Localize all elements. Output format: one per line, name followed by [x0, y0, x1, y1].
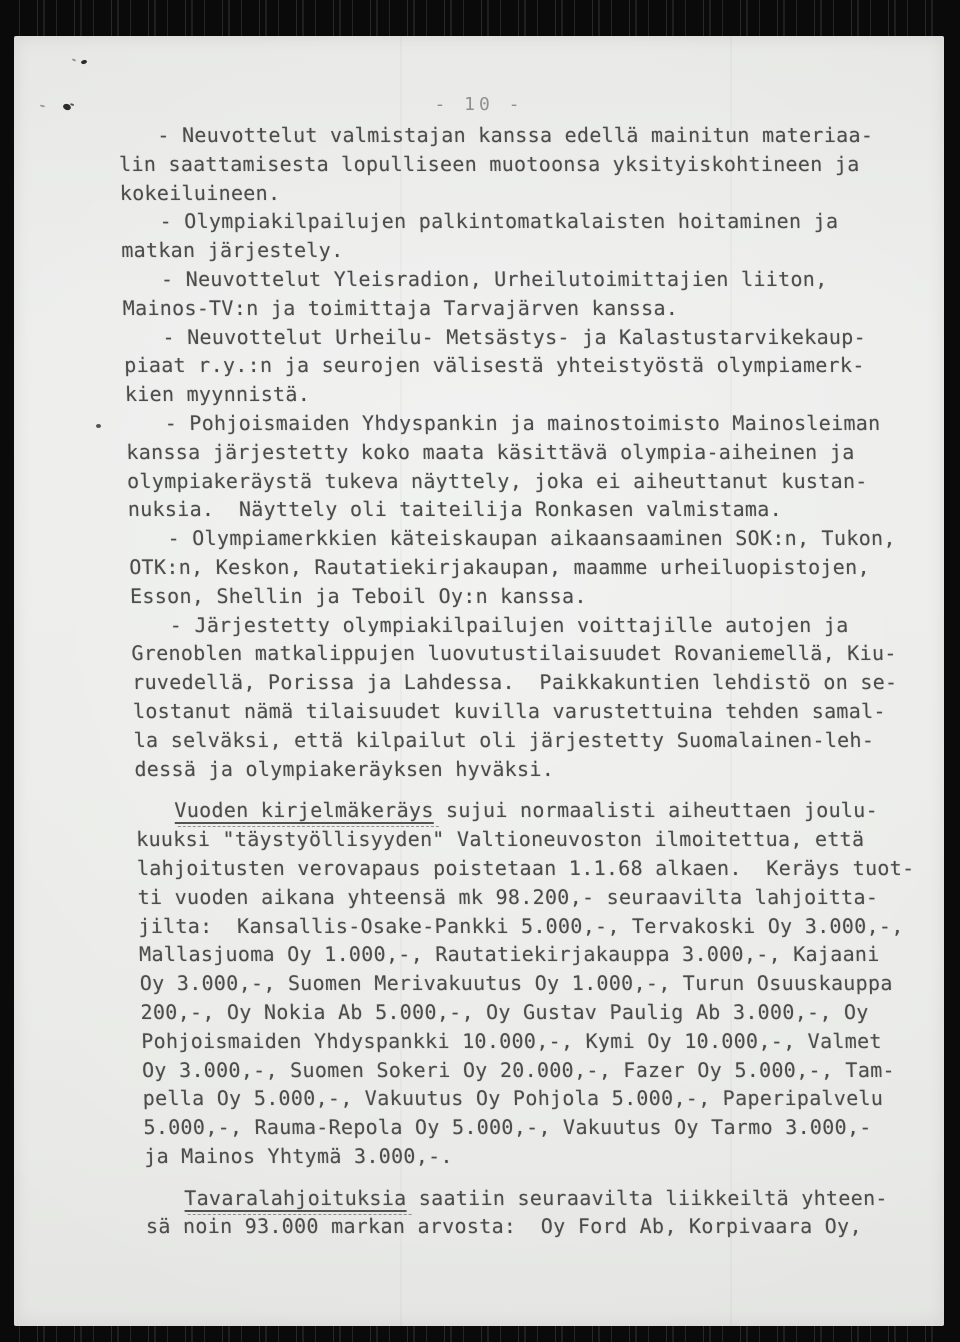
- scan-border-right: [944, 0, 960, 1342]
- paragraph: - Järjestetty olympiakilpailujen voittaj…: [130, 611, 912, 784]
- paragraph: Tavaralahjoituksia saatiin seuraavilta l…: [145, 1184, 924, 1242]
- text-line: - Neuvottelut valmistajan kanssa edellä …: [118, 121, 896, 150]
- document-text: - Neuvottelut valmistajan kanssa edellä …: [118, 121, 924, 1241]
- text-line: ja Mainos Yhtymä 3.000,-.: [144, 1142, 922, 1171]
- text-line: - Neuvottelut Urheilu- Metsästys- ja Kal…: [123, 323, 901, 352]
- text-line: lin saattamisesta lopulliseen muotoonsa …: [119, 150, 897, 179]
- paper: - 10 - - Neuvottelut valmistajan kanssa …: [14, 36, 944, 1326]
- text-line: Grenoblen matkalippujen luovutustilaisuu…: [131, 639, 909, 668]
- text-line: - Neuvottelut Yleisradion, Urheilutoimit…: [122, 265, 900, 294]
- paragraph: - Neuvottelut Urheilu- Metsästys- ja Kal…: [123, 323, 903, 409]
- text-line: kanssa järjestetty koko maata käsittävä …: [126, 438, 904, 467]
- paragraph: Vuoden kirjelmäkeräys sujui normaalisti …: [135, 796, 922, 1170]
- scanned-page: - 10 - - Neuvottelut valmistajan kanssa …: [0, 0, 960, 1342]
- text-line: OTK:n, Keskon, Rautatiekirjakaupan, maam…: [129, 553, 907, 582]
- text-line: - Pohjoismaiden Yhdyspankin ja mainostoi…: [125, 409, 903, 438]
- ink-speck: [96, 424, 101, 428]
- text-line: matkan järjestely.: [121, 236, 899, 265]
- text-line: la selväksi, että kilpailut oli järjeste…: [133, 726, 911, 755]
- scan-border-bottom: [0, 1326, 960, 1342]
- text-line: Oy 3.000,-, Suomen Merivakuutus Oy 1.000…: [139, 969, 917, 998]
- text-line: Mallasjuoma Oy 1.000,-, Rautatiekirjakau…: [139, 940, 917, 969]
- text-line: kien myynnistä.: [125, 380, 903, 409]
- text-line: Esson, Shellin ja Teboil Oy:n kanssa.: [130, 582, 908, 611]
- text-line: Pohjoismaiden Yhdyspankki 10.000,-, Kymi…: [141, 1027, 919, 1056]
- text-line: nuksia. Näyttely oli taiteilija Ronkasen…: [127, 495, 905, 524]
- text-line: sä noin 93.000 markan arvosta: Oy Ford A…: [146, 1212, 924, 1241]
- underlined-heading: Tavaralahjoituksia: [184, 1186, 407, 1212]
- page-number: - 10 -: [14, 94, 944, 115]
- underlined-heading: Vuoden kirjelmäkeräys: [174, 798, 434, 824]
- text-line: ruvedellä, Porissa ja Lahdessa. Paikkaku…: [132, 668, 910, 697]
- text-line: pella Oy 5.000,-, Vakuutus Oy Pohjola 5.…: [142, 1084, 920, 1113]
- text-line: - Olympiamerkkien käteiskaupan aikaansaa…: [128, 524, 906, 553]
- scan-border-top: [0, 0, 960, 36]
- text-line: Oy 3.000,-, Suomen Sokeri Oy 20.000,-, F…: [142, 1056, 920, 1085]
- paragraph: - Pohjoismaiden Yhdyspankin ja mainostoi…: [125, 409, 905, 524]
- text-line: lahjoitusten verovapaus poistetaan 1.1.6…: [137, 854, 915, 883]
- text-line: 5.000,-, Rauma-Repola Oy 5.000,-, Vakuut…: [143, 1113, 921, 1142]
- scan-border-left: [0, 0, 14, 1342]
- text-line: Mainos-TV:n ja toimittaja Tarvajärven ka…: [122, 294, 900, 323]
- text-line: dessä ja olympiakeräyksen hyväksi.: [134, 755, 912, 784]
- text-line: jilta: Kansallis-Osake-Pankki 5.000,-, T…: [138, 912, 916, 941]
- text-line: Vuoden kirjelmäkeräys sujui normaalisti …: [135, 796, 913, 825]
- text-line: - Järjestetty olympiakilpailujen voittaj…: [130, 611, 908, 640]
- text-line: olympiakeräystä tukeva näyttely, joka ei…: [127, 467, 905, 496]
- paragraph: - Neuvottelut Yleisradion, Urheilutoimit…: [122, 265, 901, 323]
- paragraph: - Olympiamerkkien käteiskaupan aikaansaa…: [128, 524, 908, 610]
- paragraph: - Neuvottelut valmistajan kanssa edellä …: [118, 121, 898, 207]
- text-line: - Olympiakilpailujen palkintomatkalaiste…: [120, 207, 898, 236]
- text-line: kuuksi "täystyöllisyyden" Valtioneuvosto…: [136, 825, 914, 854]
- paragraph: - Olympiakilpailujen palkintomatkalaiste…: [120, 207, 899, 265]
- text-line: Tavaralahjoituksia saatiin seuraavilta l…: [145, 1184, 923, 1213]
- text-line: kokeiluineen.: [119, 179, 897, 208]
- text-line: piaat r.y.:n ja seurojen välisestä yhtei…: [124, 351, 902, 380]
- text-line: ti vuoden aikana yhteensä mk 98.200,- se…: [137, 883, 915, 912]
- text-line: lostanut nämä tilaisuudet kuvilla varust…: [133, 697, 911, 726]
- text-line: 200,-, Oy Nokia Ab 5.000,-, Oy Gustav Pa…: [140, 998, 918, 1027]
